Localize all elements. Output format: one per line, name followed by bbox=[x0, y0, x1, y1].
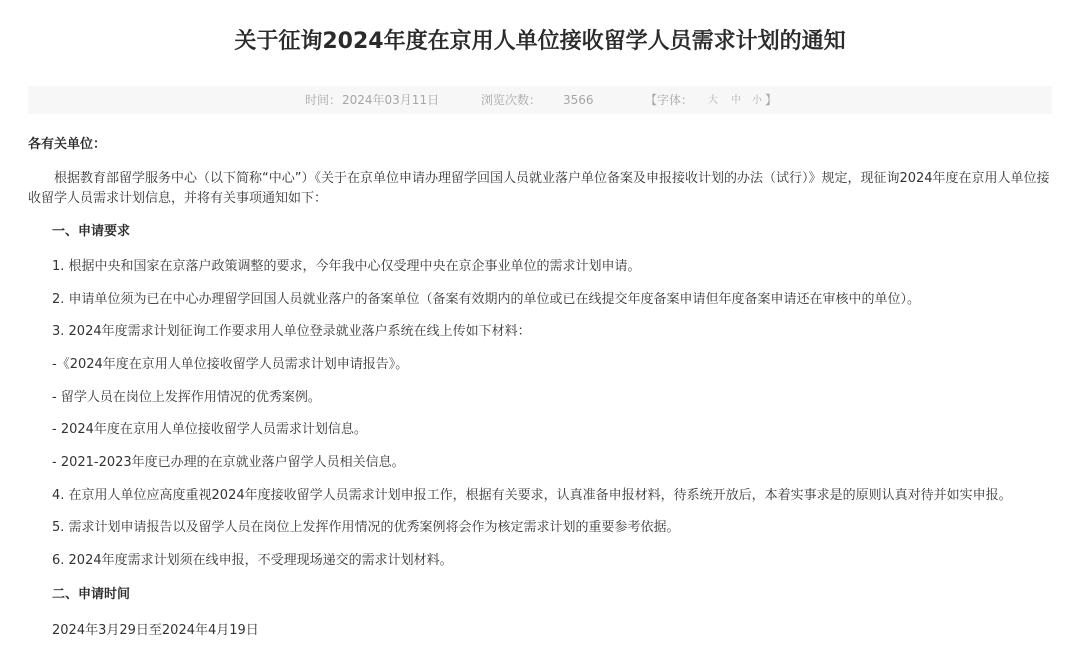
publish-time-value: 2024年03月11日 bbox=[342, 93, 439, 107]
font-size-medium-button[interactable]: 中 bbox=[731, 94, 741, 108]
salutation: 各有关单位： bbox=[28, 136, 106, 154]
font-size-label: 【字体： bbox=[645, 93, 693, 107]
requirement-item-3: 3. 2024年度需求计划征询工作要求用人单位登录就业落户系统在线上传如下材料： bbox=[52, 323, 531, 341]
requirement-item-4: 4. 在京用人单位应高度重视2024年度接收留学人员需求计划申报工作，根据有关要… bbox=[52, 487, 1012, 505]
article-meta-bar: 时间： 2024年03月11日 浏览次数： 3566 【字体： 大 中 小 】 bbox=[28, 86, 1052, 114]
requirement-item-6: 6. 2024年度需求计划须在线申报，不受理现场递交的需求计划材料。 bbox=[52, 552, 453, 570]
application-period: 2024年3月29日至2024年4月19日 bbox=[52, 622, 259, 640]
material-item-cases: - 留学人员在岗位上发挥作用情况的优秀案例。 bbox=[52, 389, 321, 407]
material-item-history: - 2021-2023年度已办理的在京就业落户留学人员相关信息。 bbox=[52, 454, 405, 472]
publish-time-label: 时间： bbox=[305, 93, 341, 107]
material-item-report: -《2024年度在京用人单位接收留学人员需求计划申请报告》。 bbox=[52, 356, 408, 374]
view-count-value: 3566 bbox=[563, 93, 594, 107]
requirement-item-2: 2. 申请单位须为已在中心办理留学回国人员就业落户的备案单位（备案有效期内的单位… bbox=[52, 291, 920, 309]
intro-paragraph: 根据教育部留学服务中心（以下简称“中心”）《关于在京单位申请办理留学回国人员就业… bbox=[28, 169, 1058, 209]
font-size-bracket-close: 】 bbox=[765, 93, 777, 107]
requirement-item-5: 5. 需求计划申请报告以及留学人员在岗位上发挥作用情况的优秀案例将会作为核定需求… bbox=[52, 519, 680, 537]
font-size-small-button[interactable]: 小 bbox=[752, 94, 762, 108]
font-size-large-button[interactable]: 大 bbox=[708, 94, 718, 108]
view-count-label: 浏览次数： bbox=[481, 93, 541, 107]
section-heading-time: 二、申请时间 bbox=[52, 586, 130, 604]
material-item-plan-info: - 2024年度在京用人单位接收留学人员需求计划信息。 bbox=[52, 421, 367, 439]
requirement-item-1: 1. 根据中央和国家在京落户政策调整的要求，今年我中心仅受理中央在京企事业单位的… bbox=[52, 258, 641, 276]
page-title: 关于征询2024年度在京用人单位接收留学人员需求计划的通知 bbox=[0, 26, 1080, 58]
section-heading-requirements: 一、申请要求 bbox=[52, 223, 130, 241]
